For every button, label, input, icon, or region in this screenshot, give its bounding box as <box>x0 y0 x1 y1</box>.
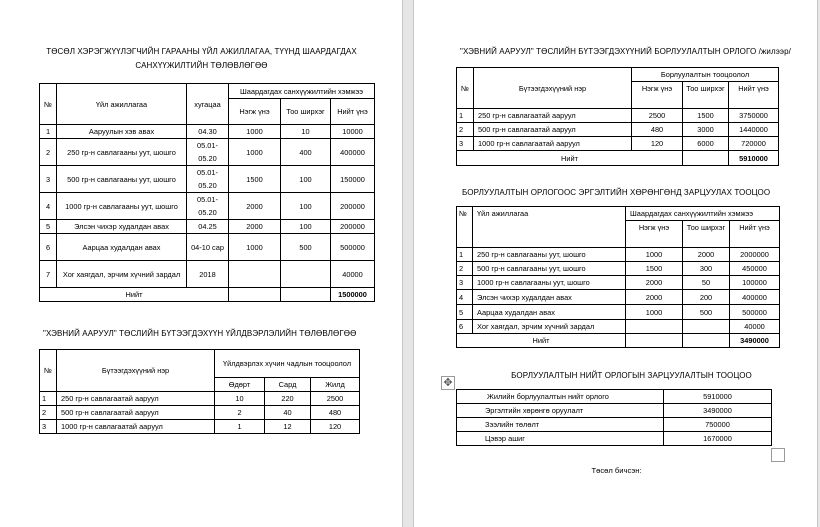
cell-activity: 500 гр-н савлагааны уут, шошго <box>473 262 626 276</box>
cell-value: 1670000 <box>664 432 772 446</box>
table-row: 3500 гр-н савлагааны уут, шошго05.01-05.… <box>40 166 375 193</box>
net-summary-table: Жилийн борлуулалтын нийт орлого5910000Эр… <box>456 389 772 446</box>
cell-value: 3490000 <box>664 404 772 418</box>
table-row: 4Элсэн чихэр худалдан авах2000200400000 <box>457 290 780 305</box>
cell-unit-price: 1000 <box>626 305 683 320</box>
cell-no: 1 <box>40 392 57 406</box>
cell-activity: 1000 гр-н савлагааны уут, шошго <box>57 193 187 220</box>
cell-label: Зээлийн төлөлт <box>457 418 664 432</box>
cell-daily: 1 <box>215 420 265 434</box>
cell-period: 04-10 сар <box>187 234 229 261</box>
cell-activity: Хог хаягдал, эрчим хүчний зардал <box>57 261 187 288</box>
cell-quantity: 100 <box>281 220 331 234</box>
cell-quantity: 400 <box>281 139 331 166</box>
header-unit-price: Нэгж үнэ <box>632 82 683 109</box>
table-row: Эргэлтийн хөрөнгө оруулалт3490000 <box>457 404 772 418</box>
header-quantity: Тоо ширхэг <box>683 82 729 109</box>
table-row: 1250 гр-н савлагаатай ааруул102202500 <box>40 392 360 406</box>
header-daily: Өдөрт <box>215 378 265 392</box>
cell-no: 5 <box>40 220 57 234</box>
cell-no: 3 <box>457 276 473 290</box>
total-value: 3490000 <box>730 334 780 348</box>
table-row: Жилийн борлуулалтын нийт орлого5910000 <box>457 390 772 404</box>
table-row: 1Ааруулын хэв авах04.3010001010000 <box>40 125 375 139</box>
cell-period: 04.25 <box>187 220 229 234</box>
cell-quantity: 10 <box>281 125 331 139</box>
total-label: Нийт <box>457 334 626 348</box>
header-capacity-group: Үйлдвэрлэх хүчин чадлын тооцоолол <box>215 350 360 378</box>
cell-no: 1 <box>457 248 473 262</box>
total-empty <box>281 288 331 302</box>
activity-plan-table: № Үйл ажиллагаа хугацаа Шаардагдах санхү… <box>39 83 375 302</box>
cell-value: 5910000 <box>664 390 772 404</box>
cell-total: 100000 <box>730 276 780 290</box>
table-row: 2500 гр-н савлагаатай ааруул240480 <box>40 406 360 420</box>
cell-monthly: 12 <box>265 420 311 434</box>
activity-plan-title-line2: САНХҮҮЖИЛТИЙН ТӨЛӨВЛӨГӨӨ <box>0 59 403 73</box>
cell-activity: Ааруулын хэв авах <box>57 125 187 139</box>
header-no: № <box>40 350 57 392</box>
cell-unit-price: 2000 <box>626 276 683 290</box>
cell-no: 2 <box>457 262 473 276</box>
cell-total: 500000 <box>730 305 780 320</box>
header-no: № <box>457 68 474 109</box>
table-row: 5Элсэн чихэр худалдан авах04.25200010020… <box>40 220 375 234</box>
cell-no: 2 <box>40 406 57 420</box>
table-row: 6Хог хаягдал, эрчим хүчний зардал40000 <box>457 320 780 334</box>
table-row: 1250 гр-н савлагаатай ааруул250015003750… <box>457 109 779 123</box>
cell-no: 3 <box>457 137 474 151</box>
cell-period: 04.30 <box>187 125 229 139</box>
cell-quantity: 500 <box>683 305 730 320</box>
cell-yearly: 480 <box>311 406 360 420</box>
table-row: 2250 гр-н савлагааны уут, шошго05.01-05.… <box>40 139 375 166</box>
cell-no: 4 <box>457 290 473 305</box>
cell-daily: 10 <box>215 392 265 406</box>
cell-quantity <box>683 320 730 334</box>
cell-total: 150000 <box>331 166 375 193</box>
cell-quantity: 6000 <box>683 137 729 151</box>
cell-no: 4 <box>40 193 57 220</box>
header-sales-group: Борлуулалтын тооцоолол <box>632 68 779 82</box>
total-empty <box>683 334 730 348</box>
header-product: Бүтээгдэхүүний нэр <box>57 350 215 392</box>
cell-total: 720000 <box>729 137 779 151</box>
cell-unit-price: 1000 <box>229 234 281 261</box>
sales-revenue-title: "ХЭВНИЙ ААРУУЛ" ТӨСЛИЙН БҮТЭЭГДЭХҮҮНИЙ Б… <box>460 45 791 59</box>
cell-label: Жилийн борлуулалтын нийт орлого <box>457 390 664 404</box>
header-product: Бүтээгдэхүүний нэр <box>474 68 632 109</box>
cell-monthly: 220 <box>265 392 311 406</box>
cell-total: 200000 <box>331 220 375 234</box>
cell-value: 750000 <box>664 418 772 432</box>
document-page-right: "ХЭВНИЙ ААРУУЛ" ТӨСЛИЙН БҮТЭЭГДЭХҮҮНИЙ Б… <box>413 0 818 527</box>
cell-product: 1000 гр-н савлагаатай ааруул <box>57 420 215 434</box>
header-funding-group: Шаардагдах санхүүжилтийн хэмжээ <box>229 84 375 99</box>
cell-activity: Аарцаа худалдан авах <box>473 305 626 320</box>
cell-no: 1 <box>457 109 474 123</box>
cell-total: 500000 <box>331 234 375 261</box>
cell-quantity: 2000 <box>683 248 730 262</box>
header-no: № <box>40 84 57 125</box>
table-row: 31000 гр-н савлагаатай ааруул112120 <box>40 420 360 434</box>
cell-activity: Элсэн чихэр худалдан авах <box>473 290 626 305</box>
table-move-handle-icon[interactable]: ✥ <box>441 376 455 390</box>
cell-monthly: 40 <box>265 406 311 420</box>
cell-unit-price <box>229 261 281 288</box>
net-summary-title: БОРЛУУЛАЛТЫН НИЙТ ОРЛОГЫН ЗАРЦУУЛАЛТЫН Т… <box>414 369 819 383</box>
table-row: 31000 гр-н савлагааны уут, шошго20005010… <box>457 276 780 290</box>
total-label: Нийт <box>457 151 683 166</box>
total-value: 1500000 <box>331 288 375 302</box>
table-resize-handle[interactable] <box>771 448 785 462</box>
header-no: № <box>457 207 473 248</box>
cell-total: 200000 <box>331 193 375 220</box>
table-row: 5Аарцаа худалдан авах1000500500000 <box>457 305 780 320</box>
header-total-price: Нийт үнэ <box>729 82 779 109</box>
cell-no: 2 <box>457 123 474 137</box>
total-value: 5910000 <box>729 151 779 166</box>
cell-total: 40000 <box>730 320 780 334</box>
cell-unit-price <box>626 320 683 334</box>
cell-activity: 250 гр-н савлагааны уут, шошго <box>473 248 626 262</box>
header-period: хугацаа <box>187 84 229 125</box>
cell-period: 2018 <box>187 261 229 288</box>
cell-no: 1 <box>40 125 57 139</box>
cell-unit-price: 120 <box>632 137 683 151</box>
cell-yearly: 120 <box>311 420 360 434</box>
table-row: 2500 гр-н савлагааны уут, шошго150030045… <box>457 262 780 276</box>
header-unit-price: Нэгж үнэ <box>229 99 281 125</box>
header-quantity: Тоо ширхэг <box>683 221 730 248</box>
cell-unit-price: 2000 <box>229 193 281 220</box>
production-plan-title: "ХЭВНИЙ ААРУУЛ" ТӨСЛИЙН БҮТЭЭГДЭХҮҮН ҮЙЛ… <box>43 327 356 341</box>
cell-product: 250 гр-н савлагаатай ааруул <box>57 392 215 406</box>
cell-product: 1000 гр-н савлагаатай ааруул <box>474 137 632 151</box>
cell-product: 500 гр-н савлагаатай ааруул <box>57 406 215 420</box>
cell-activity: Хог хаягдал, эрчим хүчний зардал <box>473 320 626 334</box>
document-page-left: ТӨСӨЛ ХЭРЭГЖҮҮЛЭГЧИЙН ГАРААНЫ ҮЙЛ АЖИЛЛА… <box>0 0 403 527</box>
cell-no: 6 <box>457 320 473 334</box>
cell-total: 400000 <box>730 290 780 305</box>
cell-activity: 500 гр-н савлагааны уут, шошго <box>57 166 187 193</box>
cell-unit-price: 1500 <box>626 262 683 276</box>
cell-label: Эргэлтийн хөрөнгө оруулалт <box>457 404 664 418</box>
cell-daily: 2 <box>215 406 265 420</box>
cell-yearly: 2500 <box>311 392 360 406</box>
working-capital-table: № Үйл ажиллагаа Шаардагдах санхүүжилтийн… <box>456 206 780 348</box>
table-row: 31000 гр-н савлагаатай ааруул12060007200… <box>457 137 779 151</box>
cell-quantity: 100 <box>281 193 331 220</box>
cell-unit-price: 2000 <box>626 290 683 305</box>
cell-product: 500 гр-н савлагаатай ааруул <box>474 123 632 137</box>
cell-quantity: 50 <box>683 276 730 290</box>
header-total-price: Нийт үнэ <box>331 99 375 125</box>
header-unit-price: Нэгж үнэ <box>626 221 683 248</box>
table-row: 41000 гр-н савлагааны уут, шошго05.01-05… <box>40 193 375 220</box>
total-empty <box>626 334 683 348</box>
cell-unit-price: 1000 <box>229 139 281 166</box>
cell-quantity: 200 <box>683 290 730 305</box>
cell-period: 05.01-05.20 <box>187 166 229 193</box>
sales-revenue-table: № Бүтээгдэхүүний нэр Борлуулалтын тооцоо… <box>456 67 779 166</box>
cell-total: 400000 <box>331 139 375 166</box>
cell-activity: Аарцаа худалдан авах <box>57 234 187 261</box>
header-quantity: Тоо ширхэг <box>281 99 331 125</box>
cell-quantity: 3000 <box>683 123 729 137</box>
cell-activity: Элсэн чихэр худалдан авах <box>57 220 187 234</box>
table-row: Цэвэр ашиг1670000 <box>457 432 772 446</box>
signature-label: Төсөл бичсэн: <box>414 466 819 475</box>
table-row: 7Хог хаягдал, эрчим хүчний зардал2018400… <box>40 261 375 288</box>
cell-unit-price: 1000 <box>229 125 281 139</box>
production-plan-table: № Бүтээгдэхүүний нэр Үйлдвэрлэх хүчин ча… <box>39 349 360 434</box>
cell-no: 6 <box>40 234 57 261</box>
cell-no: 5 <box>457 305 473 320</box>
cell-activity: 1000 гр-н савлагааны уут, шошго <box>473 276 626 290</box>
cell-no: 3 <box>40 166 57 193</box>
cell-no: 7 <box>40 261 57 288</box>
cell-label: Цэвэр ашиг <box>457 432 664 446</box>
cell-period: 05.01-05.20 <box>187 193 229 220</box>
cell-no: 2 <box>40 139 57 166</box>
header-monthly: Сард <box>265 378 311 392</box>
cell-period: 05.01-05.20 <box>187 139 229 166</box>
total-empty <box>683 151 729 166</box>
cell-unit-price: 1500 <box>229 166 281 193</box>
header-total-price: Нийт үнэ <box>730 221 780 248</box>
cell-quantity <box>281 261 331 288</box>
cell-total: 1440000 <box>729 123 779 137</box>
cell-product: 250 гр-н савлагаатай ааруул <box>474 109 632 123</box>
table-row: 2500 гр-н савлагаатай ааруул480300014400… <box>457 123 779 137</box>
cell-no: 3 <box>40 420 57 434</box>
total-label: Нийт <box>40 288 229 302</box>
cell-unit-price: 1000 <box>626 248 683 262</box>
table-row: 6Аарцаа худалдан авах04-10 сар1000500500… <box>40 234 375 261</box>
cell-total: 40000 <box>331 261 375 288</box>
table-row: Зээлийн төлөлт750000 <box>457 418 772 432</box>
cell-quantity: 100 <box>281 166 331 193</box>
header-yearly: Жилд <box>311 378 360 392</box>
total-empty <box>229 288 281 302</box>
cell-quantity: 1500 <box>683 109 729 123</box>
cell-quantity: 300 <box>683 262 730 276</box>
working-capital-title: БОРЛУУЛАЛТЫН ОРЛОГООС ЭРГЭЛТИЙН ХӨРӨНГӨН… <box>462 186 770 200</box>
table-row: 1250 гр-н савлагааны уут, шошго100020002… <box>457 248 780 262</box>
cell-unit-price: 2500 <box>632 109 683 123</box>
activity-plan-title-line1: ТӨСӨЛ ХЭРЭГЖҮҮЛЭГЧИЙН ГАРААНЫ ҮЙЛ АЖИЛЛА… <box>0 45 403 59</box>
header-activity: Үйл ажиллагаа <box>57 84 187 125</box>
cell-activity: 250 гр-н савлагааны уут, шошго <box>57 139 187 166</box>
header-funding-group: Шаардагдах санхүүжилтийн хэмжээ <box>626 207 780 221</box>
cell-total: 2000000 <box>730 248 780 262</box>
cell-total: 450000 <box>730 262 780 276</box>
cell-quantity: 500 <box>281 234 331 261</box>
cell-unit-price: 480 <box>632 123 683 137</box>
cell-total: 3750000 <box>729 109 779 123</box>
header-activity: Үйл ажиллагаа <box>473 207 626 248</box>
cell-unit-price: 2000 <box>229 220 281 234</box>
cell-total: 10000 <box>331 125 375 139</box>
